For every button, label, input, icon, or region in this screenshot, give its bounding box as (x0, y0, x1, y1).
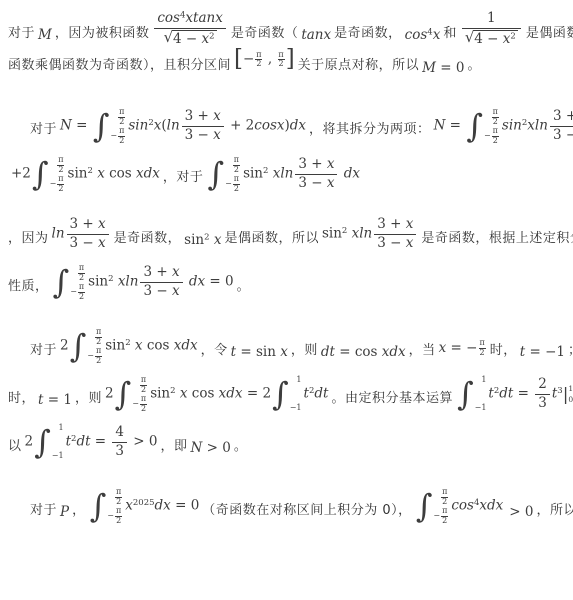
text-line: 以2∫1−1t2dt = 43 > 0，即N > 0。 (8, 418, 567, 456)
text-run: ，将其拆分为两项： (309, 121, 431, 140)
lower-limit: −π2 (87, 347, 103, 366)
denominator: 3 (112, 442, 127, 460)
formula: ∫π2−π2sin2 xln3 + x3 − x dx = 0 (52, 263, 234, 301)
numerator: 1 (462, 11, 521, 28)
text-run: 以 (8, 438, 22, 457)
math-roman: 4 − (173, 31, 201, 47)
math-roman: sin (184, 232, 204, 248)
math-roman: 3 (538, 395, 547, 411)
math-roman: = (72, 118, 92, 134)
denominator: √4 − x2 (462, 28, 521, 47)
text-line: 对于N = ∫π2−π2sin2x(ln3 + x3 − x + 2cosx)d… (8, 102, 567, 140)
numerator: π (78, 283, 85, 292)
math-roman: − (107, 512, 114, 520)
integral-limits: π2−π2 (132, 375, 148, 413)
numerator: π (140, 376, 147, 385)
math-roman: − (87, 352, 94, 360)
math-roman: 3 − (143, 283, 171, 299)
formula: t = 1 (38, 392, 72, 408)
radicand: 4 − x2 (172, 30, 217, 47)
small-fraction: π2 (57, 156, 64, 175)
paragraph: 对于P，∫π2−π2x2025dx = 0（奇函数在对称区间上积分为 0），∫π… (8, 482, 567, 520)
math-italic: x (131, 338, 143, 354)
math-italic: xdx (136, 166, 160, 182)
integral-limits: 1−1 (290, 375, 302, 413)
math-italic: dt (314, 386, 328, 402)
text-line: ，因为ln3 + x3 − x是奇函数，sin2 x是偶函数，所以sin2 xl… (8, 214, 567, 248)
formula: sin2 x (184, 232, 221, 248)
integral-icon: ∫ (53, 266, 70, 300)
denominator: 2 (278, 59, 285, 69)
math-italic: dx (185, 274, 206, 290)
text-run: 关于原点对称，所以 (298, 57, 420, 76)
upper-limit: π2 (232, 156, 241, 175)
math-roman: 3 − (70, 235, 98, 251)
small-fraction: π2 (478, 339, 485, 358)
lower-limit: −π2 (110, 127, 126, 146)
math-roman: − (110, 132, 117, 140)
math-italic: xdx (382, 344, 406, 360)
math-italic: xln (527, 118, 548, 134)
fraction: 3 + x3 − x (140, 265, 182, 299)
integral-limits: π2−π2 (225, 155, 241, 193)
upper-limit: π2 (94, 328, 103, 347)
text-run: ，因为 (8, 230, 49, 249)
text-line: +2∫π2−π2sin2 x cos xdx，对于∫π2−π2sin2 xln3… (8, 150, 567, 188)
math-roman: 2 (25, 434, 34, 450)
text-run: 对于 (30, 121, 57, 140)
integral-icon: ∫ (70, 330, 87, 364)
math-roman: = 0 (205, 274, 233, 290)
upper-limit: 1 (58, 424, 63, 432)
small-fraction: π2 (57, 175, 64, 194)
math-roman: 3 + (185, 108, 213, 124)
math-italic: cos (405, 27, 428, 43)
math-roman: 4 (115, 424, 124, 440)
superscript: 2025 (133, 498, 155, 508)
formula: N = ∫π2−π2sin2xln3 + x3 − x dx (434, 107, 573, 145)
numerator: 4 (112, 425, 127, 442)
bracket-delimiter: ] (286, 46, 295, 72)
math-roman: 3 − (377, 235, 405, 251)
numerator: π (95, 347, 102, 356)
paragraph: ，因为ln3 + x3 − x是奇函数，sin2 x是偶函数，所以sin2 xl… (8, 214, 567, 296)
fraction: cos4xtanx√4 − x2 (154, 11, 225, 46)
math-italic: xln (347, 226, 372, 242)
small-fraction: π2 (115, 507, 122, 526)
text-run: 时， (8, 390, 35, 409)
denominator: 3 − x (295, 174, 337, 192)
math-italic: x (176, 386, 188, 402)
denominator: 3 − x (182, 126, 224, 144)
upper-limit: 1 (296, 376, 301, 384)
math-roman: = 0 (171, 498, 199, 514)
fraction: 43 (112, 425, 127, 459)
text-run: 性质， (8, 278, 49, 297)
math-italic: x (327, 156, 335, 172)
math-roman: − (484, 132, 491, 140)
fraction: 3 + x3 − x (182, 109, 224, 143)
math-roman: cos (143, 338, 174, 354)
small-fraction: π2 (115, 488, 122, 507)
integral-limits: π2−π2 (484, 107, 500, 145)
formula: [−π2 , π2] (234, 48, 295, 71)
upper-limit: π2 (56, 156, 65, 175)
math-roman: sin (105, 338, 125, 354)
small-fraction: π2 (233, 175, 240, 194)
math-roman: , (264, 51, 277, 67)
math-roman: = (91, 434, 111, 450)
integral-limits: π2−π2 (70, 263, 86, 301)
formula: sin2 xln3 + x3 − x (322, 217, 418, 251)
formula: +2∫π2−π2sin2 x cos xdx (11, 155, 160, 193)
math-italic: x (213, 127, 221, 143)
math-italic: N (434, 118, 446, 134)
math-roman: 4 − (474, 31, 502, 47)
formula: ln3 + x3 − x (52, 217, 111, 251)
numerator: π (57, 175, 64, 184)
math-italic: xln (114, 274, 139, 290)
math-roman: > 0 (129, 434, 157, 450)
text-run: 。 (237, 278, 251, 297)
math-roman: 3 − (298, 175, 326, 191)
lower-limit: −π2 (50, 175, 66, 194)
integral: ∫π2−π2 (53, 263, 87, 301)
math-roman: > 0 (509, 504, 533, 520)
math-italic: cos (157, 10, 180, 26)
math-roman: − (225, 180, 232, 188)
math-solution-page: { "colors":{"text":"#333333","formula":"… (0, 0, 573, 600)
math-italic: x (202, 31, 210, 47)
numerator: π (233, 175, 240, 184)
formula: P (60, 504, 69, 520)
text-run: 对于 (30, 342, 57, 361)
square-root: √4 − x2 (164, 30, 217, 47)
small-fraction: π2 (95, 347, 102, 366)
math-roman: 1 (58, 424, 63, 432)
numerator: 3 + x (67, 217, 109, 234)
integral-limits: 1−1 (475, 375, 487, 413)
text-run: ，令 (201, 342, 228, 361)
math-roman: = −1 (525, 344, 565, 360)
math-roman: 1 (296, 376, 301, 384)
math-roman: = 0 (436, 60, 464, 76)
numerator: 3 + x (140, 265, 182, 282)
integral-icon: ∫ (90, 490, 107, 524)
math-italic: x (406, 216, 414, 232)
text-run: ，因为被积函数 (55, 25, 150, 44)
integral-icon: ∫ (416, 490, 433, 524)
math-roman: + 2 (226, 118, 254, 134)
upper-limit: π2 (440, 488, 449, 507)
lower-limit: −π2 (132, 395, 148, 414)
math-italic: cos (451, 498, 474, 514)
square-root: √4 − x2 (465, 30, 518, 47)
fraction: 3 + x3 − x (374, 217, 416, 251)
denominator: 3 − x (550, 126, 573, 144)
integral: ∫π2−π2 (115, 375, 149, 413)
lower-limit: −π2 (484, 127, 500, 146)
math-roman: − (70, 288, 77, 296)
math-roman: sin (243, 166, 263, 182)
text-run: ，所以 (536, 502, 573, 521)
fraction: 1√4 − x2 (462, 11, 521, 46)
small-fraction: π2 (277, 51, 284, 70)
small-fraction: π2 (492, 108, 499, 127)
integral: ∫π2−π2 (207, 155, 241, 193)
formula: M = 0 (422, 60, 464, 76)
numerator: π (441, 507, 448, 516)
math-italic: cosx (254, 118, 284, 134)
math-roman: 1 (481, 376, 486, 384)
integral: ∫π2−π2 (90, 487, 124, 525)
text-run: 是奇函数， (114, 230, 182, 249)
denominator: 2 (95, 356, 102, 366)
math-italic: x (98, 235, 106, 251)
numerator: π (115, 488, 122, 497)
small-fraction: π2 (492, 127, 499, 146)
integral-icon: ∫ (93, 110, 110, 144)
text-line: 时，t = 1，则2∫π2−π2sin2 x cos xdx = 2∫1−1t2… (8, 370, 567, 408)
math-roman: > 0 (202, 440, 230, 456)
math-roman: = sin (236, 344, 280, 360)
lower-limit: −π2 (70, 283, 86, 302)
paragraph: 对于M，因为被积函数cos4xtanx√4 − x2是奇函数（tanx是奇函数，… (8, 8, 567, 76)
denominator: 2 (115, 516, 122, 526)
text-run: ；当 (568, 342, 573, 361)
formula: cos4xtanx√4 − x2 (152, 11, 227, 46)
numerator: π (478, 339, 485, 348)
math-roman: = cos (335, 344, 382, 360)
text-run: ，则 (75, 390, 102, 409)
text-run: 和 (443, 25, 457, 44)
formula: ∫1−1t2dt = 23t3|10 = 23 (456, 375, 573, 413)
integral: ∫1−1 (272, 375, 301, 413)
upper-limit: π2 (114, 488, 123, 507)
integral-limits: π2−π2 (110, 107, 126, 145)
formula: tanx (301, 27, 331, 43)
numerator: π (255, 51, 262, 60)
math-italic: x (93, 166, 105, 182)
denominator: 3 − x (140, 282, 182, 300)
integral-limits: π2−π2 (107, 487, 123, 525)
lower-limit: −1 (52, 452, 64, 460)
math-roman: 1 (487, 10, 496, 26)
text-run: 对于 (30, 502, 57, 521)
formula: ∫π2−π2cos4xdx (415, 487, 504, 525)
text-line: 对于2∫π2−π2sin2 x cos xdx，令t = sin x，则dt =… (8, 322, 567, 360)
fraction: 3 + x3 − x (67, 217, 109, 251)
math-italic: ln (167, 118, 180, 134)
small-fraction: π2 (140, 395, 147, 414)
formula: x = −π2 (439, 339, 487, 358)
text-run: 时， (490, 342, 517, 361)
numerator: π (277, 51, 284, 60)
integral-icon: ∫ (207, 158, 224, 192)
text-line: 对于M，因为被积函数cos4xtanx√4 − x2是奇函数（tanx是奇函数，… (8, 8, 567, 43)
integral-limits: π2−π2 (433, 487, 449, 525)
math-italic: x (439, 340, 447, 356)
integral: ∫π2−π2 (416, 487, 450, 525)
math-italic: M (422, 60, 436, 76)
integral-icon: ∫ (466, 110, 483, 144)
integral-icon: ∫ (457, 378, 474, 412)
math-italic: xln (268, 166, 293, 182)
document-body: 对于M，因为被积函数cos4xtanx√4 − x2是奇函数（tanx是奇函数，… (8, 8, 567, 520)
math-roman: 3 + (143, 264, 171, 280)
text-run: ，对于 (163, 169, 204, 188)
numerator: π (140, 395, 147, 404)
paragraph: 对于2∫π2−π2sin2 x cos xdx，令t = sin x，则dt =… (8, 322, 567, 456)
lower-limit: −1 (290, 404, 302, 412)
text-run: ，当 (409, 342, 436, 361)
formula: > 0 (509, 504, 533, 520)
math-italic: x (172, 283, 180, 299)
small-fraction: π2 (441, 488, 448, 507)
fraction: 23 (535, 377, 550, 411)
small-fraction: π2 (118, 127, 125, 146)
denominator: 2 (140, 404, 147, 414)
math-italic: xdx (174, 338, 198, 354)
math-roman: 2 (60, 338, 69, 354)
integral-icon: ∫ (32, 158, 49, 192)
numerator: π (78, 264, 85, 273)
integral-limits: π2−π2 (87, 327, 103, 365)
numerator: cos4xtanx (154, 11, 225, 28)
denominator: 3 − x (67, 234, 109, 252)
math-italic: x (210, 232, 222, 248)
text-run: 是奇函数， (334, 25, 402, 44)
denominator: 2 (57, 184, 64, 194)
math-italic: xdx (219, 386, 243, 402)
evaluation-bar: |10 (563, 385, 573, 403)
formula: cos4x (405, 27, 441, 43)
math-roman: − (433, 512, 440, 520)
text-run: ，即 (161, 438, 188, 457)
small-fraction: π2 (233, 156, 240, 175)
math-roman: = (445, 118, 465, 134)
math-roman: = (513, 386, 533, 402)
small-fraction: π2 (140, 376, 147, 395)
math-italic: dx (339, 166, 360, 182)
math-italic: tanx (301, 27, 331, 43)
math-italic: N (191, 440, 203, 456)
small-fraction: π2 (95, 328, 102, 347)
upper-limit: π2 (491, 108, 500, 127)
text-run: ，则 (291, 342, 318, 361)
denominator: 2 (233, 184, 240, 194)
text-run: 对于 (8, 25, 35, 44)
text-run: 函数乘偶函数为奇函数），且积分区间 (8, 57, 231, 76)
math-italic: dt (76, 434, 90, 450)
formula: ∫π2−π2sin2 xln3 + x3 − x dx (206, 155, 360, 193)
formula: t = sin x (231, 344, 288, 360)
math-italic: xtanx (185, 10, 222, 26)
formula: 1√4 − x2 (460, 11, 523, 46)
numerator: 2 (535, 377, 550, 394)
lower-limit: −π2 (107, 507, 123, 526)
math-roman: cos (105, 166, 136, 182)
formula: N > 0 (191, 440, 231, 456)
lower-limit: −π2 (433, 507, 449, 526)
formula: M (38, 27, 52, 43)
math-italic: dx (290, 118, 306, 134)
math-roman: 2 (538, 376, 547, 392)
numerator: π (492, 108, 499, 117)
text-line: 函数乘偶函数为奇函数），且积分区间[−π2 , π2]关于原点对称，所以M = … (8, 53, 567, 76)
denominator: 3 (535, 394, 550, 412)
text-run: 是奇函数（ (231, 25, 299, 44)
integral-icon: ∫ (272, 378, 289, 412)
text-line: 性质，∫π2−π2sin2 xln3 + x3 − x dx = 0。 (8, 258, 567, 296)
integral-icon: ∫ (34, 426, 51, 460)
small-fraction: π2 (78, 264, 85, 283)
math-roman: cos (187, 386, 218, 402)
math-roman: sin (68, 166, 88, 182)
math-italic: xdx (479, 498, 503, 514)
small-fraction: π2 (118, 108, 125, 127)
math-roman: −1 (475, 404, 487, 412)
radicand: 4 − x2 (473, 30, 518, 47)
math-italic: x (327, 175, 335, 191)
upper-limit: π2 (117, 108, 126, 127)
formula: 2∫π2−π2sin2 x cos xdx = 2∫1−1t2dt (105, 375, 328, 413)
text-run: 。 (234, 438, 248, 457)
text-run: 是偶函数，奇 (526, 25, 573, 44)
math-roman: 3 + (298, 156, 326, 172)
math-roman: sin (322, 226, 342, 242)
denominator: 3 − x (374, 234, 416, 252)
superscript: 2 (209, 31, 214, 41)
fraction: 3 + x3 − x (295, 157, 337, 191)
denominator: 2 (479, 348, 486, 358)
upper-limit: 1 (481, 376, 486, 384)
math-italic: dt (499, 386, 513, 402)
math-italic: x (98, 216, 106, 232)
numerator: π (118, 108, 125, 117)
numerator: π (115, 507, 122, 516)
superscript: 2 (510, 31, 515, 41)
math-roman: = 1 (43, 392, 71, 408)
numerator: 3 + x (182, 109, 224, 126)
bracket-delimiter: [ (234, 46, 243, 72)
text-run: 。 (467, 57, 481, 76)
math-roman: sin (88, 274, 108, 290)
upper-limit: π2 (139, 376, 148, 395)
math-roman: 3 + (377, 216, 405, 232)
math-italic: x (172, 264, 180, 280)
formula: N = ∫π2−π2sin2x(ln3 + x3 − x + 2cosx)dx (60, 107, 306, 145)
numerator: π (118, 127, 125, 136)
denominator: √4 − x2 (154, 28, 225, 47)
denominator: 2 (492, 136, 499, 146)
small-fraction: π2 (78, 283, 85, 302)
small-fraction: π2 (441, 507, 448, 526)
denominator: 2 (255, 59, 262, 69)
math-roman: = − (446, 340, 477, 356)
integral: ∫1−1 (34, 423, 63, 461)
math-roman: = 2 (243, 386, 271, 402)
integral: ∫π2−π2 (93, 107, 127, 145)
math-roman: − (132, 400, 139, 408)
math-roman: 3 + (553, 108, 573, 124)
math-italic: x (280, 344, 288, 360)
formula: 2∫1−1t2dt = 43 > 0 (25, 423, 158, 461)
numerator: π (233, 156, 240, 165)
integral-limits: 1−1 (52, 423, 64, 461)
denominator: 2 (78, 292, 85, 302)
text-line: 对于P，∫π2−π2x2025dx = 0（奇函数在对称区间上积分为 0），∫π… (8, 482, 567, 520)
